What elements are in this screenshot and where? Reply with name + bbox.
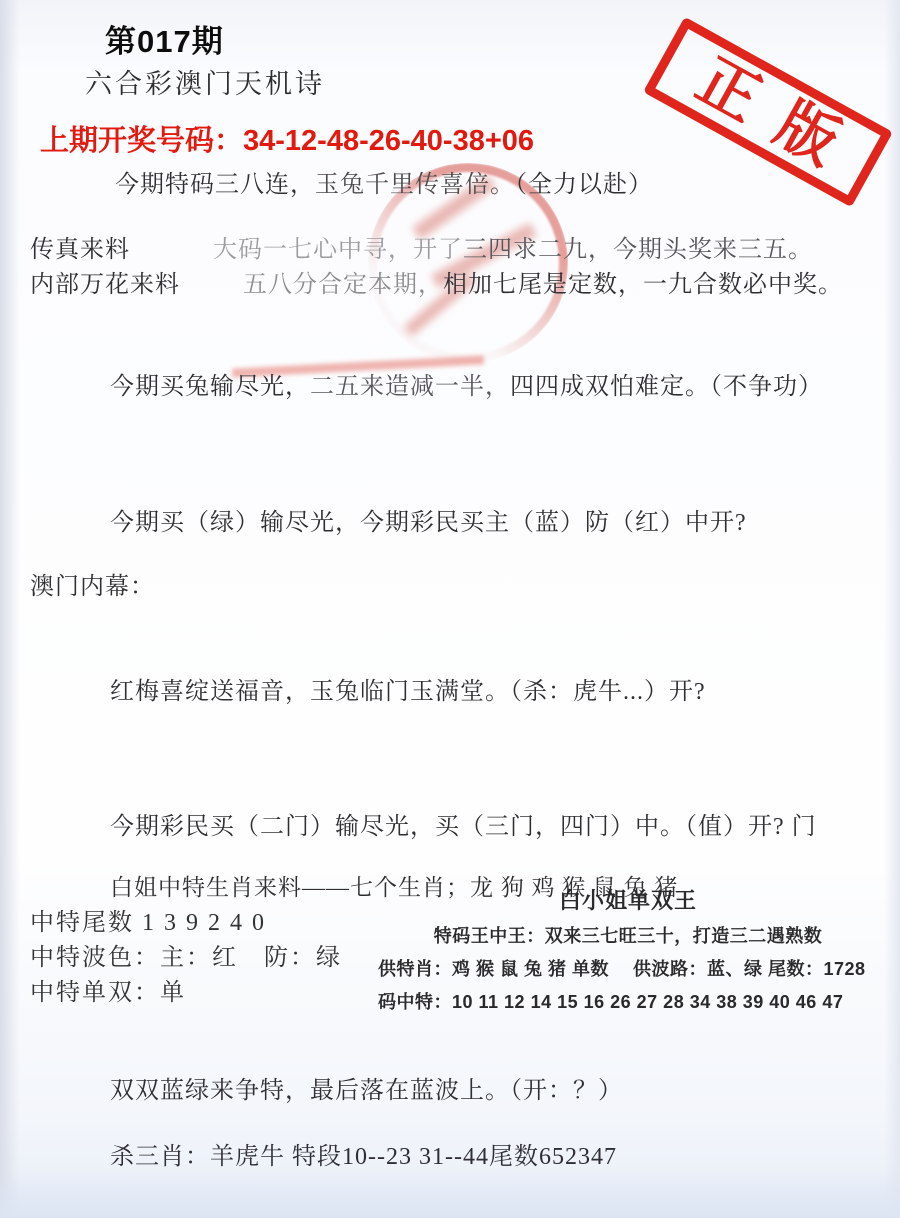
macau-insider-label: 澳门内幕： (30, 566, 155, 601)
poem1-seg3: （全力以赴） (515, 172, 653, 198)
poem1-seg2: 玉兔千里传喜倍。 (315, 172, 515, 198)
left-edge-shading (0, 0, 20, 1218)
special-king-line: 特码王中王：双来三七旺三十，打造三二遇熟数 (378, 922, 878, 948)
fax-source-line: 大码一七心中寻，开了三四求二九，今期头奖来三五。 (213, 229, 813, 264)
poem-line-1: 今期特码三八连，玉兔千里传喜倍。（全力以赴） (115, 164, 653, 199)
right-edge-shading (884, 0, 900, 1218)
poem-line-2: 今期买兔输尽光，二五来造减一半，四四成双怕难定。（不争功） (110, 366, 823, 401)
poem2-seg2: 二五来造减一半， (310, 374, 510, 400)
last-draw-line: 上期开奖号码：34-12-48-26-40-38+06 (40, 118, 534, 159)
white-lady-title: 白小姐单双王 (378, 884, 878, 915)
last-draw-label: 上期开奖号码： (40, 125, 243, 157)
zodiac-wave-line: 供特肖：鸡 猴 鼠 兔 猪 单数 供波路：蓝、绿 尾数：1728 (378, 955, 878, 981)
special-tail-numbers: 中特尾数 1 3 9 2 4 0 (30, 902, 266, 937)
special-odd-even: 中特单双：单 (30, 972, 186, 1007)
poem2-seg3: 四四成双怕难定。（不争功） (510, 374, 823, 400)
genuine-edition-stamp: 正版 (643, 17, 893, 208)
last-draw-numbers: 34-12-48-26-40-38+06 (243, 125, 534, 157)
bottom-edge-shading (0, 1170, 900, 1218)
special-wave-color: 中特波色：主：红 防：绿 (30, 937, 342, 972)
poem-line-6: 双双蓝绿来争特，最后落在蓝波上。（开：？） (110, 1070, 623, 1105)
internal-source-line: 五八分合定本期，相加七尾是定数，一九合数必中奖。 (243, 264, 843, 299)
fax-seg-rest: 三四求二九，今期头奖来三五。 (463, 237, 813, 263)
poem2-seg1: 今期买兔输尽光， (110, 374, 310, 400)
issue-number: 第017期 (105, 16, 224, 61)
internal-source-label: 内部万花来料 (30, 264, 180, 299)
kill-three-zodiac-line: 杀三肖：羊虎牛 特段10--23 31--44尾数652347 (110, 1136, 617, 1171)
poem1-seg1: 今期特码三八连， (115, 172, 315, 198)
white-lady-block: 白小姐单双王 特码王中王：双来三七旺三十，打造三二遇熟数 供特肖：鸡 猴 鼠 兔… (378, 884, 878, 1014)
internal-seg-faded: 五八分合定本期， (243, 272, 443, 298)
page-title: 六合彩澳门天机诗 (85, 62, 325, 101)
special-numbers-line: 码中特：10 11 12 14 15 16 26 27 28 34 38 39 … (378, 988, 878, 1014)
fax-source-label: 传真来料 (30, 229, 130, 264)
fax-seg-faded: 大码一七心中寻，开了 (213, 237, 463, 263)
poem-line-4: 红梅喜绽送福音，玉兔临门玉满堂。（杀：虎牛...）开? (110, 671, 706, 706)
internal-seg-rest: 相加七尾是定数，一九合数必中奖。 (443, 272, 843, 298)
lottery-tip-sheet: 正版 第017期 六合彩澳门天机诗 上期开奖号码：34-12-48-26-40-… (0, 0, 900, 1218)
poem-line-5: 今期彩民买（二门）输尽光，买（三门，四门）中。（值）开? 门 (110, 806, 817, 841)
poem-line-3: 今期买（绿）输尽光，今期彩民买主（蓝）防（红）中开? (110, 502, 747, 537)
genuine-edition-stamp-text: 正版 (688, 49, 875, 189)
